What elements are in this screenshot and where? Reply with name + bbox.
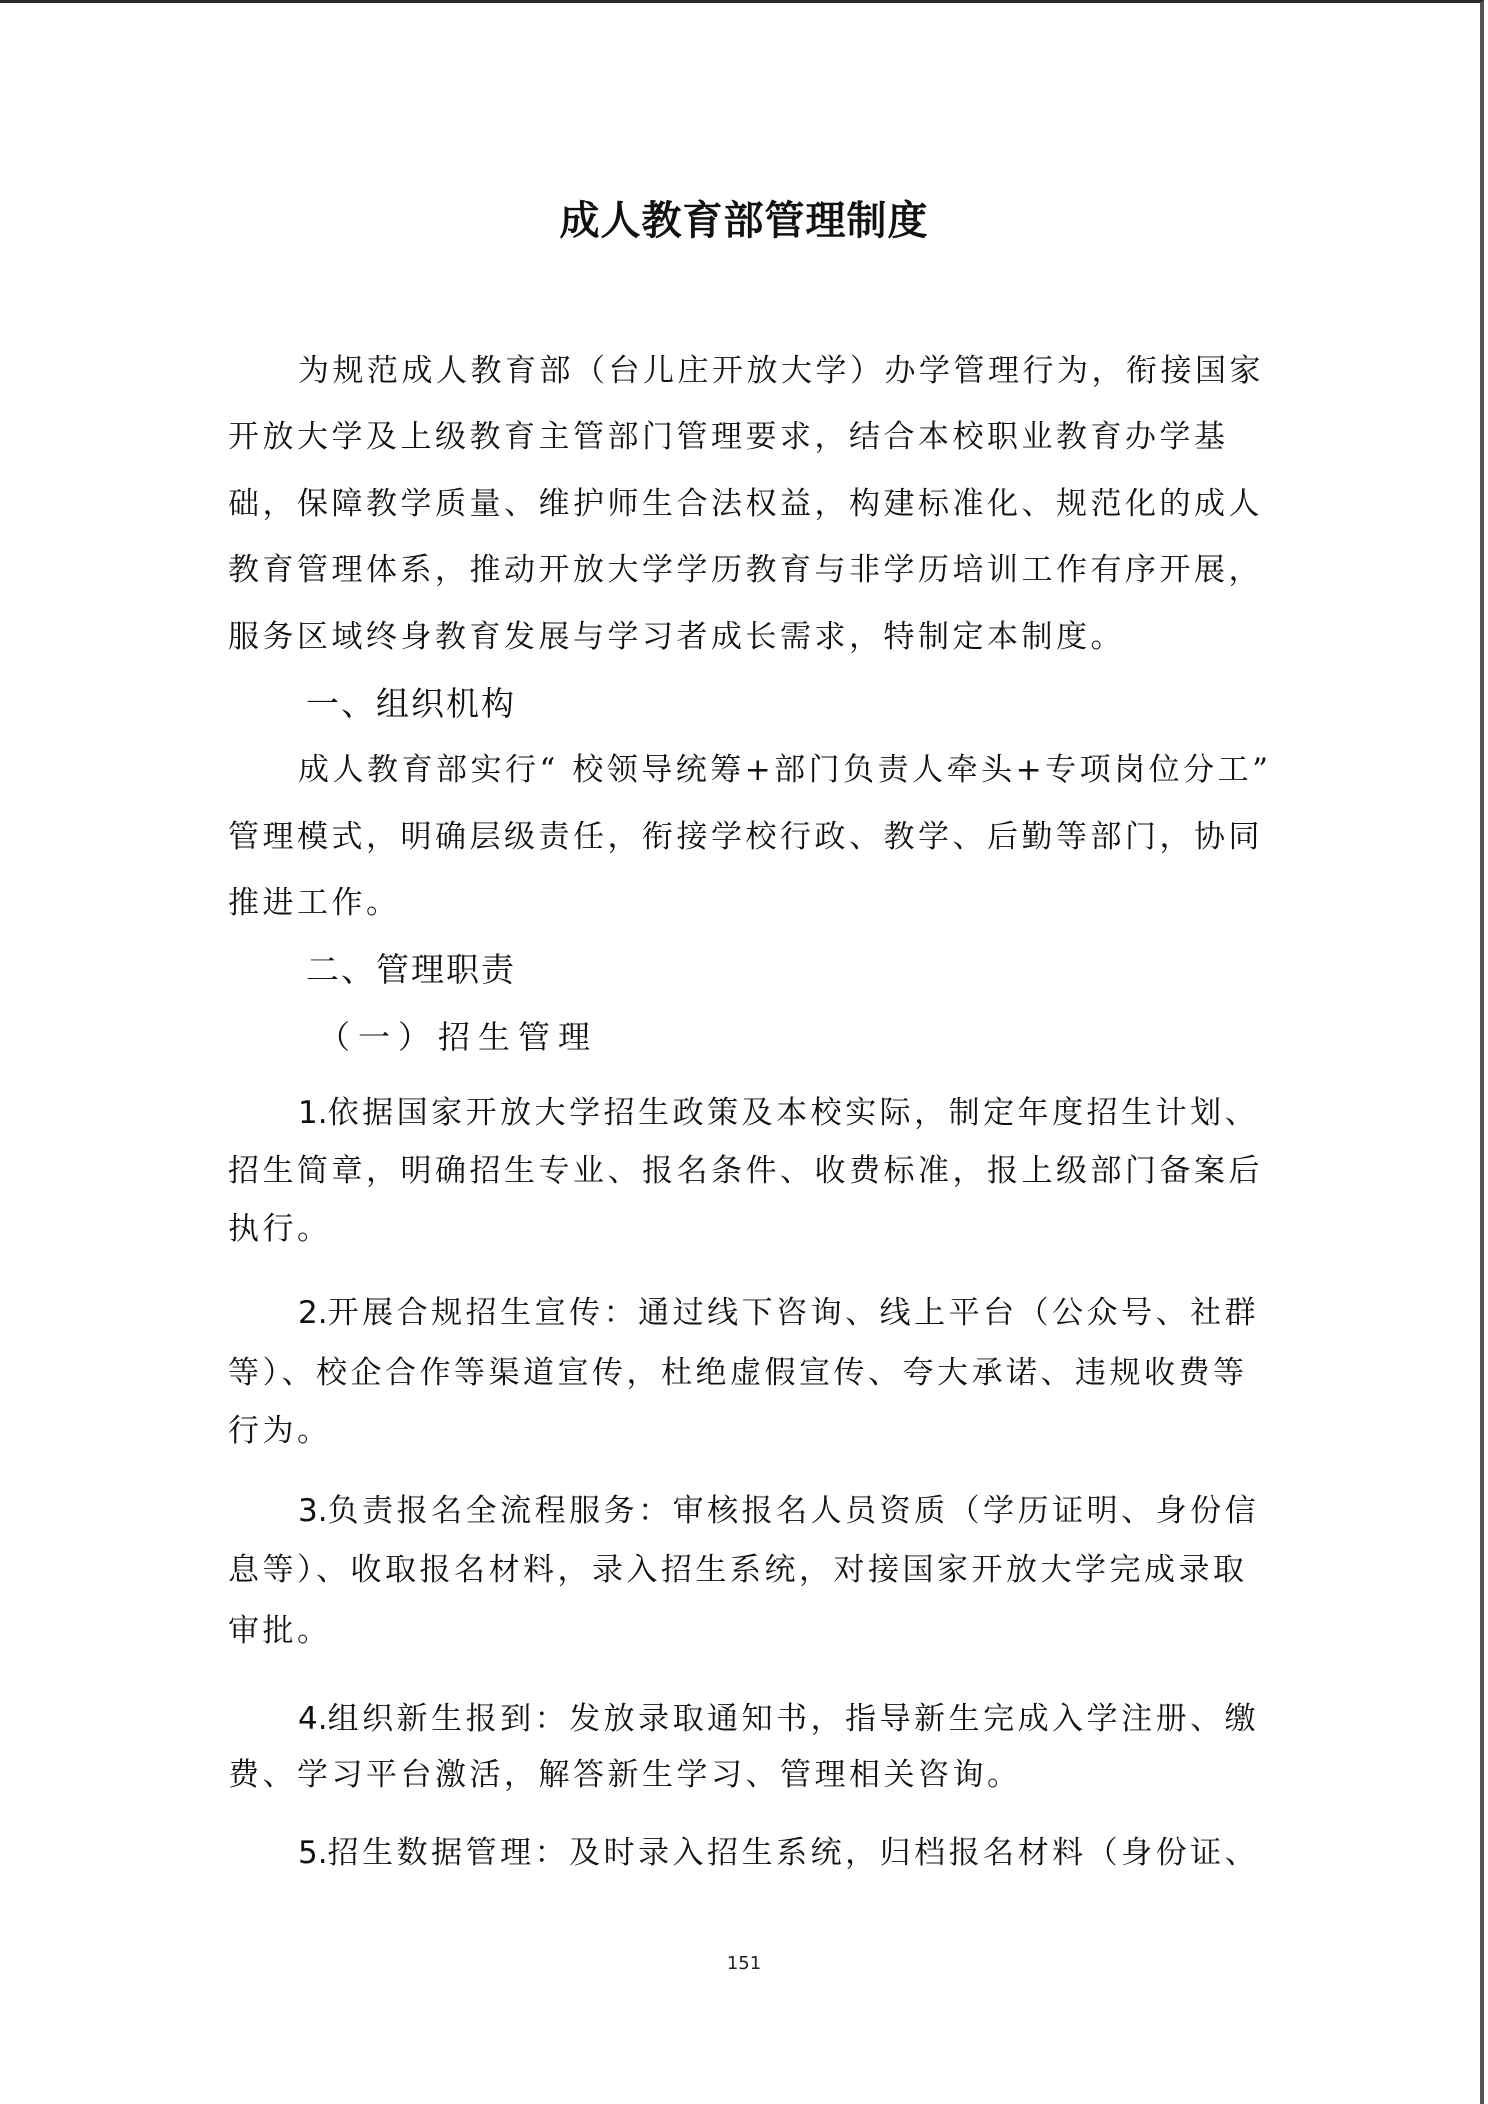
item-text: 开展合规招生宣传：通过线下咨询、线上平台（公众号、社群 [328, 1295, 1260, 1331]
item-text: 负责报名全流程服务：审核报名人员资质（学历证明、身份信 [328, 1493, 1260, 1529]
subsection-heading-enrollment: （一）招生管理 [318, 1015, 598, 1059]
item-3-line-1: 3.负责报名全流程服务：审核报名人员资质（学历证明、身份信 [298, 1489, 1259, 1533]
item-2-line-3: 行为。 [228, 1409, 332, 1453]
item-4-line-2: 费、学习平台激活，解答新生学习、管理相关咨询。 [228, 1753, 1022, 1797]
item-4-line-1: 4.组织新生报到：发放录取通知书，指导新生完成入学注册、缴 [298, 1697, 1259, 1741]
document-page: 成人教育部管理制度 为规范成人教育部（台儿庄开放大学）办学管理行为，衔接国家 开… [0, 0, 1484, 2104]
item-number: 5. [298, 1835, 328, 1871]
section1-line-2: 管理模式，明确层级责任，衔接学校行政、教学、后勤等部门，协同 [228, 815, 1263, 859]
item-number: 4. [298, 1701, 328, 1737]
item-3-line-3: 审批。 [228, 1609, 332, 1653]
item-2-line-1: 2.开展合规招生宣传：通过线下咨询、线上平台（公众号、社群 [298, 1291, 1259, 1335]
item-number: 3. [298, 1493, 328, 1529]
item-text: 组织新生报到：发放录取通知书，指导新生完成入学注册、缴 [328, 1701, 1260, 1737]
section-heading-responsibilities: 二、管理职责 [306, 948, 516, 992]
section1-line-1: 成人教育部实行“ 校领导统筹+部门负责人牵头+专项岗位分工” [298, 748, 1272, 792]
intro-line-4: 教育管理体系，推动开放大学学历教育与非学历培训工作有序开展， [228, 548, 1263, 592]
page-number: 151 [0, 1951, 1488, 1977]
item-number: 1. [298, 1095, 328, 1131]
intro-line-5: 服务区域终身教育发展与学习者成长需求，特制定本制度。 [228, 615, 1125, 659]
item-text: 招生数据管理：及时录入招生系统，归档报名材料（身份证、 [328, 1835, 1260, 1871]
item-1-line-2: 招生简章，明确招生专业、报名条件、收费标准，报上级部门备案后 [228, 1149, 1263, 1193]
item-2-line-2: 等）、校企合作等渠道宣传，杜绝虚假宣传、夸大承诺、违规收费等 [228, 1351, 1248, 1395]
item-number: 2. [298, 1295, 328, 1331]
item-1-line-3: 执行。 [228, 1207, 332, 1251]
item-1-line-1: 1.依据国家开放大学招生政策及本校实际，制定年度招生计划、 [298, 1091, 1259, 1135]
item-text: 依据国家开放大学招生政策及本校实际，制定年度招生计划、 [328, 1095, 1260, 1131]
intro-line-3: 础，保障教学质量、维护师生合法权益，构建标准化、规范化的成人 [228, 482, 1263, 526]
intro-line-1: 为规范成人教育部（台儿庄开放大学）办学管理行为，衔接国家 [298, 349, 1264, 393]
section-heading-organization: 一、组织机构 [306, 682, 516, 726]
section1-line-3: 推进工作。 [228, 881, 401, 925]
item-3-line-2: 息等）、收取报名材料，录入招生系统，对接国家开放大学完成录取 [228, 1548, 1248, 1592]
document-title: 成人教育部管理制度 [0, 193, 1488, 249]
intro-line-2: 开放大学及上级教育主管部门管理要求，结合本校职业教育办学基 [228, 415, 1229, 459]
item-5-line-1: 5.招生数据管理：及时录入招生系统，归档报名材料（身份证、 [298, 1831, 1259, 1875]
